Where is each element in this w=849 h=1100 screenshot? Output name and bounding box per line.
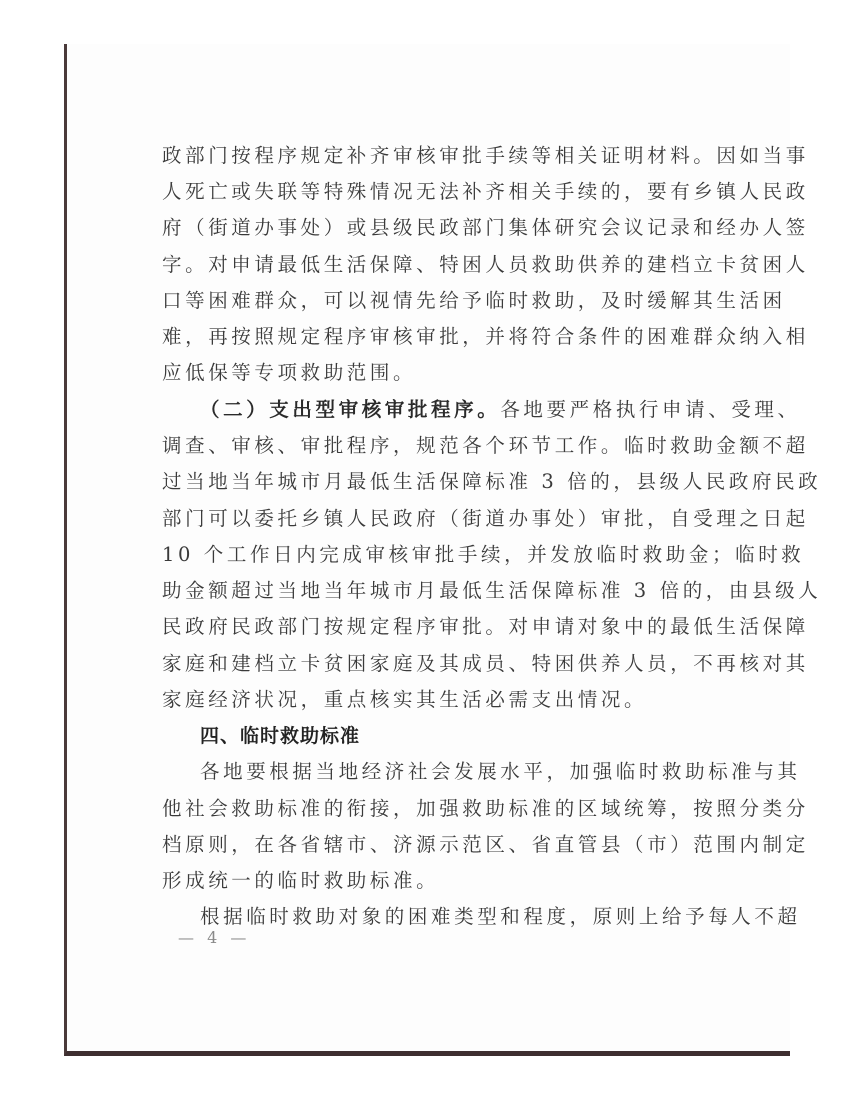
text-line: 形成统一的临时救助标准。	[162, 867, 707, 895]
text-line: 民政府民政部门按规定程序审批。对申请对象中的最低生活保障	[162, 613, 707, 641]
text-line: 调查、审核、审批程序，规范各个环节工作。临时救助金额不超	[162, 432, 707, 460]
section-2-title: （二）支出型审核审批程序。	[200, 398, 500, 421]
text-line: 政部门按程序规定补齐审核审批手续等相关证明材料。因如当事	[162, 142, 707, 170]
text-line: 家庭经济状况，重点核实其生活必需支出情况。	[162, 686, 707, 714]
scan-speck	[749, 300, 752, 302]
section-heading: 四、临时救助标准	[200, 722, 360, 750]
text-line: 口等困难群众，可以视情先给予临时救助，及时缓解其生活困	[162, 287, 707, 315]
scan-speck	[748, 768, 751, 770]
text-line: 10 个工作日内完成审核审批手续，并发放临时救助金；临时救	[162, 541, 707, 569]
text-line: 根据临时救助对象的困难类型和程度，原则上给予每人不超	[200, 903, 707, 931]
text-line: 家庭和建档立卡贫困家庭及其成员、特困供养人员，不再核对其	[162, 650, 707, 678]
text-line: 府（街道办事处）或县级民政部门集体研究会议记录和经办人签	[162, 214, 707, 242]
text-line: 助金额超过当地当年城市月最低生活保障标准 3 倍的，由县级人	[162, 577, 707, 605]
text-line: 档原则，在各省辖市、济源示范区、省直管县（市）范围内制定	[162, 831, 707, 859]
section-2-first-line-text: 各地要严格执行申请、受理、	[500, 398, 800, 421]
scan-speck	[750, 258, 753, 260]
text-line: 他社会救助标准的衔接，加强救助标准的区域统筹，按照分类分	[162, 795, 707, 823]
text-line: 过当地当年城市月最低生活保障标准 3 倍的，县级人民政府民政	[162, 468, 707, 496]
text-line: 各地要根据当地经济社会发展水平，加强临时救助标准与其	[200, 758, 707, 786]
section-2-first-line: （二）支出型审核审批程序。各地要严格执行申请、受理、	[200, 396, 707, 424]
text-line: 部门可以委托乡镇人民政府（街道办事处）审批，自受理之日起	[162, 505, 707, 533]
text-line: 人死亡或失联等特殊情况无法补齐相关手续的，要有乡镇人民政	[162, 178, 707, 206]
scan-speck	[746, 810, 749, 812]
text-line: 字。对申请最低生活保障、特困人员救助供养的建档立卡贫困人	[162, 251, 707, 279]
text-line: 应低保等专项救助范围。	[162, 359, 707, 387]
page-number: — 4 —	[178, 928, 250, 947]
text-line: 难，再按照规定程序审核审批，并将符合条件的困难群众纳入相	[162, 323, 707, 351]
